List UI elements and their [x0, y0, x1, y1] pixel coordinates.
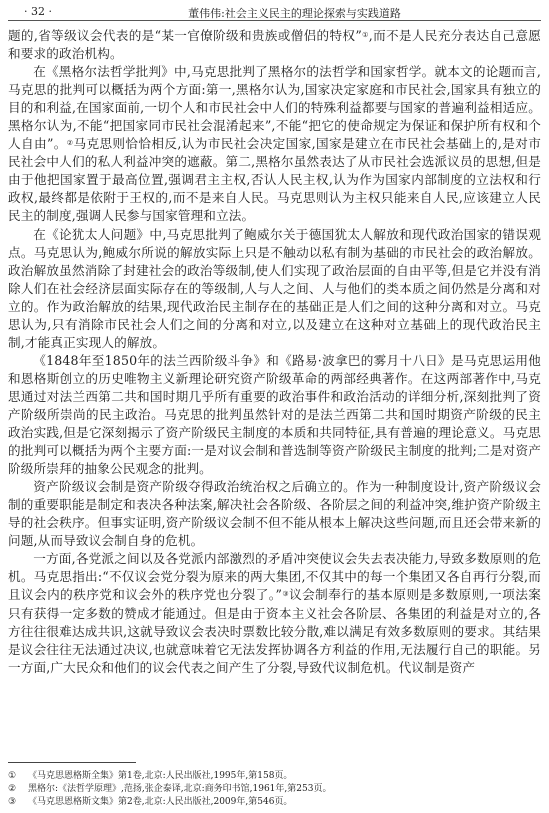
footnote-mark: ③ — [8, 796, 28, 809]
paragraph: 在《黑格尔法哲学批判》中,马克思批判了黑格尔的法哲学和国家哲学。就本文的论题而言… — [8, 63, 541, 225]
paragraph: 在《论犹太人问题》中,马克思批判了鲍威尔关于德国犹太人解放和现代政治国家的错误观… — [8, 226, 541, 352]
body-text: 题的,省等级议会代表的是“某一官僚阶级和贵族或僧侣的特权”①,而不是人民充分表达… — [8, 27, 541, 677]
paragraph-text: 题的,省等级议会代表的是“某一官僚阶级和贵族或僧侣的特权” — [8, 28, 362, 43]
paragraph-text: 资产阶级议会制是资产阶级夺得政治统治权之后确立的。作为一种制度设计,资产阶级议会… — [8, 479, 541, 548]
running-title: 董伟伟:社会主义民主的理论探索与实践道路 — [8, 5, 541, 21]
footnote-mark: ① — [8, 770, 28, 783]
paragraph-text: 《1848年至1850年的法兰西阶级斗争》和《路易·波拿巴的雾月十八日》是马克思… — [8, 353, 541, 476]
paragraph-text: 马克思则恰恰相反,认为市民社会决定国家,国家是建立在市民社会基础上的,是对市民社… — [8, 136, 541, 223]
paragraph-text: 在《论犹太人问题》中,马克思批判了鲍威尔关于德国犹太人解放和现代政治国家的错误观… — [8, 227, 541, 350]
footnote-ref[interactable]: ③ — [282, 590, 289, 598]
footnote: ②黑格尔:《法哲学原理》,范扬,张企泰译,北京:商务印书馆,1961年,第253… — [8, 783, 541, 796]
footnote-mark: ② — [8, 783, 28, 796]
footnote-text: 《马克思恩格斯全集》第1卷,北京:人民出版社,1995年,第158页。 — [28, 770, 292, 783]
paragraph: 题的,省等级议会代表的是“某一官僚阶级和贵族或僧侣的特权”①,而不是人民充分表达… — [8, 27, 541, 63]
paragraph: 一方面,各党派之间以及各党派内部激烈的矛盾冲突使议会失去表决能力,导致多数原则的… — [8, 550, 541, 676]
page-header: · 32 · 董伟伟:社会主义民主的理论探索与实践道路 — [8, 2, 541, 21]
paragraph: 《1848年至1850年的法兰西阶级斗争》和《路易·波拿巴的雾月十八日》是马克思… — [8, 352, 541, 478]
footnote-text: 黑格尔:《法哲学原理》,范扬,张企泰译,北京:商务印书馆,1961年,第253页… — [28, 783, 331, 796]
footnote-ref[interactable]: ① — [362, 31, 369, 39]
paragraph: 资产阶级议会制是资产阶级夺得政治统治权之后确立的。作为一种制度设计,资产阶级议会… — [8, 478, 541, 550]
footnote-text: 《马克思恩格斯文集》第2卷,北京:人民出版社,2009年,第546页。 — [28, 796, 292, 809]
footnote-ref[interactable]: ② — [67, 139, 74, 147]
footnote: ①《马克思恩格斯全集》第1卷,北京:人民出版社,1995年,第158页。 — [8, 770, 541, 783]
footnote: ③《马克思恩格斯文集》第2卷,北京:人民出版社,2009年,第546页。 — [8, 796, 541, 809]
footnotes: ①《马克思恩格斯全集》第1卷,北京:人民出版社,1995年,第158页。②黑格尔… — [8, 770, 541, 809]
footnote-divider — [8, 762, 136, 763]
